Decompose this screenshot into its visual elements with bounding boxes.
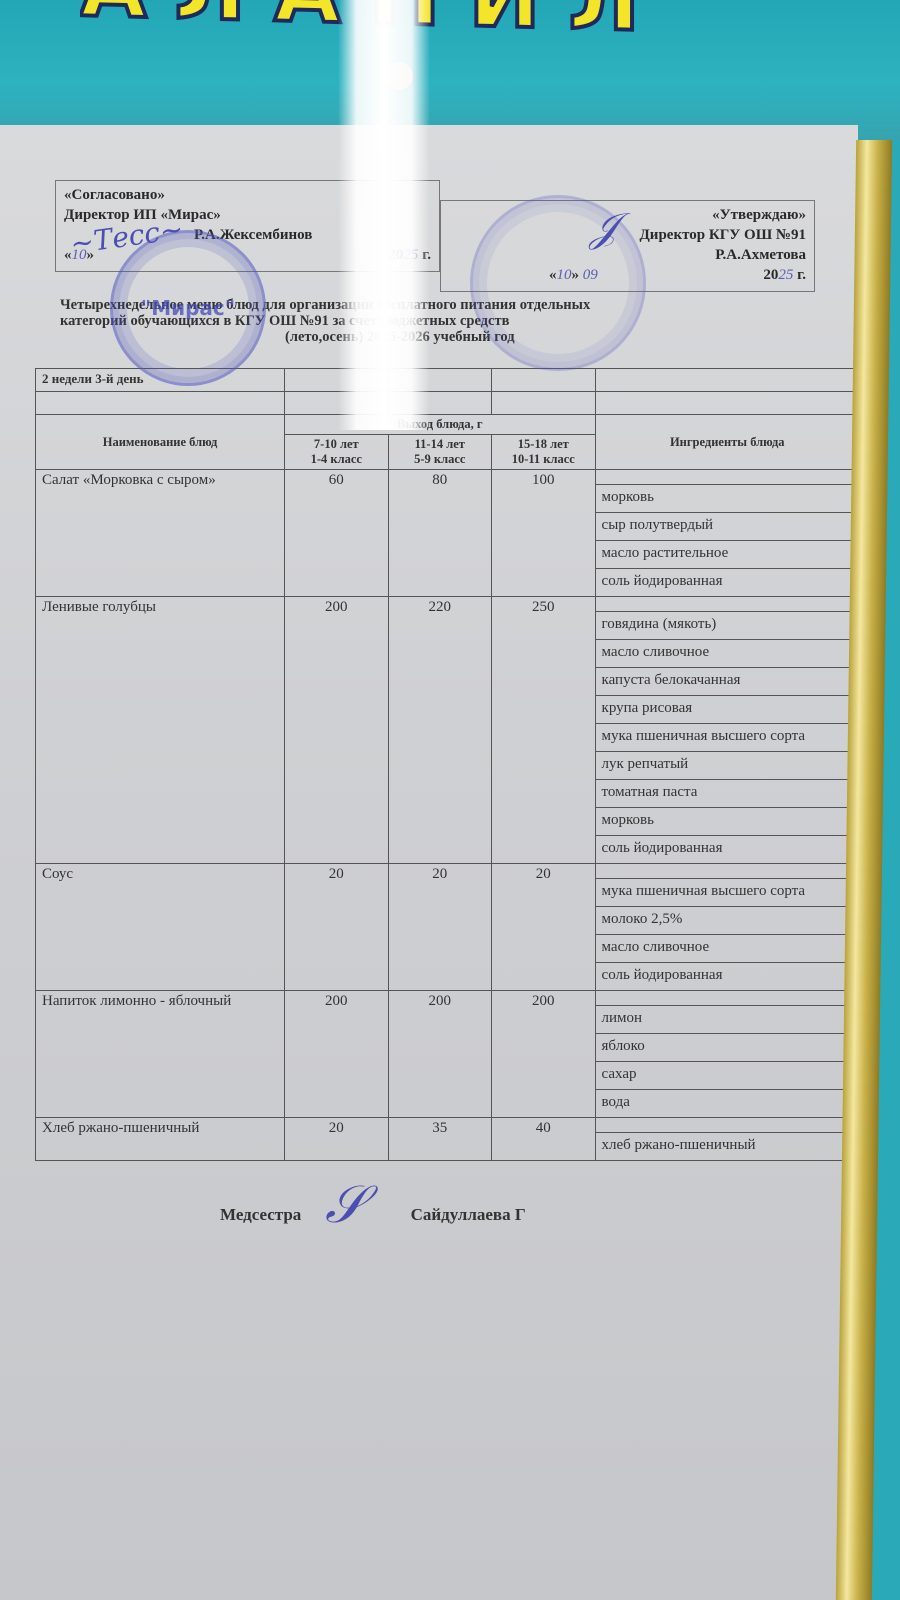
dish-name: Хлеб ржано-пшеничный	[36, 1118, 285, 1161]
header-ingredients: Ингредиенты блюда	[595, 415, 859, 470]
ingredient-item: крупа рисовая	[596, 695, 859, 723]
menu-document: «Согласовано» Директор ИП «Мирас» Р.А.Же…	[0, 125, 858, 1600]
dish-name: Салат «Морковка с сыром»	[36, 470, 285, 597]
ingredient-item: морковь	[596, 807, 859, 835]
dish-yield: 200	[285, 597, 389, 864]
table-row: Ленивые голубцы200220250говядина (мякоть…	[36, 597, 860, 864]
dish-name: Напиток лимонно - яблочный	[36, 991, 285, 1118]
dish-yield: 20	[285, 864, 389, 991]
table-row: Салат «Морковка с сыром»6080100морковьсы…	[36, 470, 860, 597]
ingredient-item: соль йодированная	[596, 962, 859, 990]
ingredient-list-cell: морковьсыр полутвердыймасло растительное…	[595, 470, 859, 597]
table-row: Соус202020мука пшеничная высшего сортамо…	[36, 864, 860, 991]
header-age-group: 7-10 лет1-4 класс	[285, 435, 389, 470]
ingredient-item: мука пшеничная высшего сорта	[596, 878, 859, 906]
dish-yield: 20	[492, 864, 596, 991]
ingredient-list-cell: говядина (мякоть)масло сливочноекапуста …	[595, 597, 859, 864]
stamp-school	[470, 195, 646, 371]
ingredient-item: соль йодированная	[596, 568, 859, 596]
dish-yield: 40	[492, 1118, 596, 1161]
ingredient-item: масло растительное	[596, 540, 859, 568]
wall-banner: АЛАНИЛ	[0, 0, 900, 140]
dish-yield: 80	[388, 470, 492, 597]
header-age-group: 15-18 лет10-11 класс	[492, 435, 596, 470]
ingredient-list-cell: хлеб ржано-пшеничный	[595, 1118, 859, 1161]
ingredient-item: мука пшеничная высшего сорта	[596, 723, 859, 751]
ingredient-item: сыр полутвердый	[596, 512, 859, 540]
dish-name: Соус	[36, 864, 285, 991]
header-dish-name: Наименование блюд	[36, 415, 285, 470]
approval-heading: «Согласовано»	[64, 185, 431, 205]
ingredient-item: вода	[596, 1089, 859, 1117]
ingredient-item: масло сливочное	[596, 639, 859, 667]
footer-role: Медсестра	[220, 1205, 301, 1224]
signature-right: 𝒥	[590, 205, 618, 251]
table-row: Напиток лимонно - яблочный200200200лимон…	[36, 991, 860, 1118]
ingredient-item: говядина (мякоть)	[596, 611, 859, 639]
push-pin-icon	[385, 62, 413, 90]
signature-nurse: 𝒮	[325, 1175, 365, 1236]
ingredient-item: лимон	[596, 1005, 859, 1033]
stamp-miras: "Мирас"	[110, 230, 266, 386]
ingredient-item: хлеб ржано-пшеничный	[596, 1132, 859, 1160]
ingredient-item: лук репчатый	[596, 751, 859, 779]
dish-yield: 20	[285, 1118, 389, 1161]
footer-name: Сайдуллаева Г	[411, 1205, 526, 1224]
banner-letters: АЛАНИЛ	[80, 0, 900, 43]
ingredient-item: соль йодированная	[596, 835, 859, 863]
menu-table: 2 недели 3-й день Наименование блюд Выхо…	[35, 368, 860, 1161]
ingredient-item: масло сливочное	[596, 934, 859, 962]
dish-yield: 250	[492, 597, 596, 864]
ingredient-item: яблоко	[596, 1033, 859, 1061]
ingredient-item: томатная паста	[596, 779, 859, 807]
ingredient-item: морковь	[596, 484, 859, 512]
table-row: Хлеб ржано-пшеничный203540хлеб ржано-пше…	[36, 1118, 860, 1161]
dish-name: Ленивые голубцы	[36, 597, 285, 864]
ingredient-list-cell: мука пшеничная высшего сортамолоко 2,5%м…	[595, 864, 859, 991]
header-age-group: 11-14 лет5-9 класс	[388, 435, 492, 470]
dish-yield: 200	[388, 991, 492, 1118]
dish-yield: 200	[492, 991, 596, 1118]
header-yield: Выход блюда, г	[285, 415, 596, 435]
ingredient-list-cell: лимоняблокосахарвода	[595, 991, 859, 1118]
ingredient-item: молоко 2,5%	[596, 906, 859, 934]
nurse-signature-line: Медсестра Сайдуллаева Г	[220, 1205, 526, 1225]
dish-yield: 220	[388, 597, 492, 864]
dish-yield: 35	[388, 1118, 492, 1161]
dish-yield: 100	[492, 470, 596, 597]
dish-yield: 20	[388, 864, 492, 991]
dish-yield: 60	[285, 470, 389, 597]
dish-yield: 200	[285, 991, 389, 1118]
ingredient-item: капуста белокачанная	[596, 667, 859, 695]
ingredient-item: сахар	[596, 1061, 859, 1089]
